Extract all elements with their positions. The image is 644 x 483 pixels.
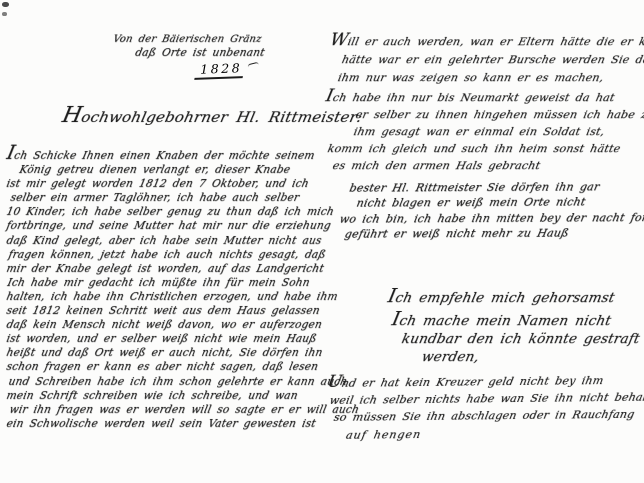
body-line: mir der Knabe gelegt ist worden, auf das… [5,262,360,276]
scan-artifact-speck [2,12,7,16]
body-line: Ich Schicke Ihnen einen Knaben der möcht… [5,149,360,163]
body-line: schon fragen er kann es aber nicht sagen… [5,360,360,374]
body-line: heißt und daß Ort weiß er auch nicht, Si… [5,346,360,360]
closing-line: werden, [420,348,641,366]
body-line: nicht blagen er weiß mein Orte nicht [355,195,644,212]
closing-block: Ich empfehle mich gehorsamst Ich mache m… [386,289,638,366]
body-line: halten, ich habe ihn Christlichen erzoge… [5,290,360,304]
right-page-paragraph-3: bester Hl. Rittmeister Sie dörfen ihn ga… [338,179,644,242]
body-line: wo ich bin, ich habe ihn mitten bey der … [338,210,644,227]
salutation-line: Hochwohlgebohrner Hl. Rittmeister: [60,103,365,128]
body-line: ist mir gelegt worden 1812 den 7 Oktober… [5,177,360,191]
letter-header-block: Von der Bäierischen Gränz daß Orte ist u… [112,34,263,79]
body-line: daß Kind gelegt, aber ich habe sein Mutt… [5,234,360,248]
body-line: Ich habe mir gedacht ich müßte ihn für m… [6,276,360,290]
postscript-line: auf hengen [344,423,644,444]
scanned-letter-document: Von der Bäierischen Gränz daß Orte ist u… [0,0,644,483]
body-line: Will er auch werden, wan er Eltern hätte… [328,33,644,51]
closing-line: kundbar den ich könnte gestraft [400,330,641,348]
body-line: ihm gesagt wan er einmal ein Soldat ist, [352,123,644,140]
left-page-body: Ich Schicke Ihnen einen Knaben der möcht… [5,149,357,431]
closing-line: Ich empfehle mich gehorsamst [386,289,641,307]
body-line: selber ein armer Taglöhner, ich habe auc… [9,191,360,205]
right-page-paragraph-1: Will er auch werden, wan er Eltern hätte… [328,33,644,87]
body-line: ein Schwolische werden weil sein Vater g… [5,417,360,431]
body-line: fortbringe, und seine Mutter hat mir nur… [5,219,360,233]
year-underlined: 1828 [194,60,245,80]
body-line: Ich habe ihn nur bis Neumarkt geweist da… [324,89,644,106]
body-line: mein Schrift schreiben wie ich schreibe,… [5,389,360,403]
closing-line: Ich mache mein Namen nicht [390,312,641,330]
body-line: es mich den armen Hals gebracht [331,157,644,174]
header-year-row: 1828 [196,61,263,79]
body-line: geführt er weiß nicht mehr zu Hauß [343,225,644,242]
header-note-line: daß Orte ist unbenant [134,47,266,59]
body-line: ihm nur was zeigen so kann er es machen, [336,69,644,87]
postscript-block: Und er hat kein Kreuzer geld nicht bey i… [326,371,644,443]
body-line: fragen können, jetzt habe ich auch nicht… [7,248,360,262]
body-line: er selber zu ihnen hingehen müssen ich h… [354,106,644,123]
header-place-line: Von der Bäierischen Gränz [112,34,266,45]
right-page-paragraph-2: Ich habe ihn nur bis Neumarkt geweist da… [324,89,644,174]
body-line: hätte war er ein gelehrter Bursche werde… [340,51,644,69]
body-line: 10 Kinder, ich habe selber genug zu thun… [5,205,360,219]
scan-artifact-speck [2,2,9,7]
body-line: ist worden, und er selber weiß nicht wie… [5,332,360,346]
body-line: daß kein Mensch nicht weiß davon, wo er … [5,318,360,332]
body-line: wir ihn fragen was er werden will so sag… [8,403,360,417]
body-line: komm ich gleich und such ihn heim sonst … [326,140,644,157]
body-line: seit 1812 keinen Schritt weit aus dem Ha… [5,304,360,318]
body-line: König getreu dienen verlangt er, dieser … [18,163,360,177]
body-line: und Schreiben habe ich ihm schon gelehrt… [7,375,360,389]
ink-flourish-mark [247,62,259,70]
